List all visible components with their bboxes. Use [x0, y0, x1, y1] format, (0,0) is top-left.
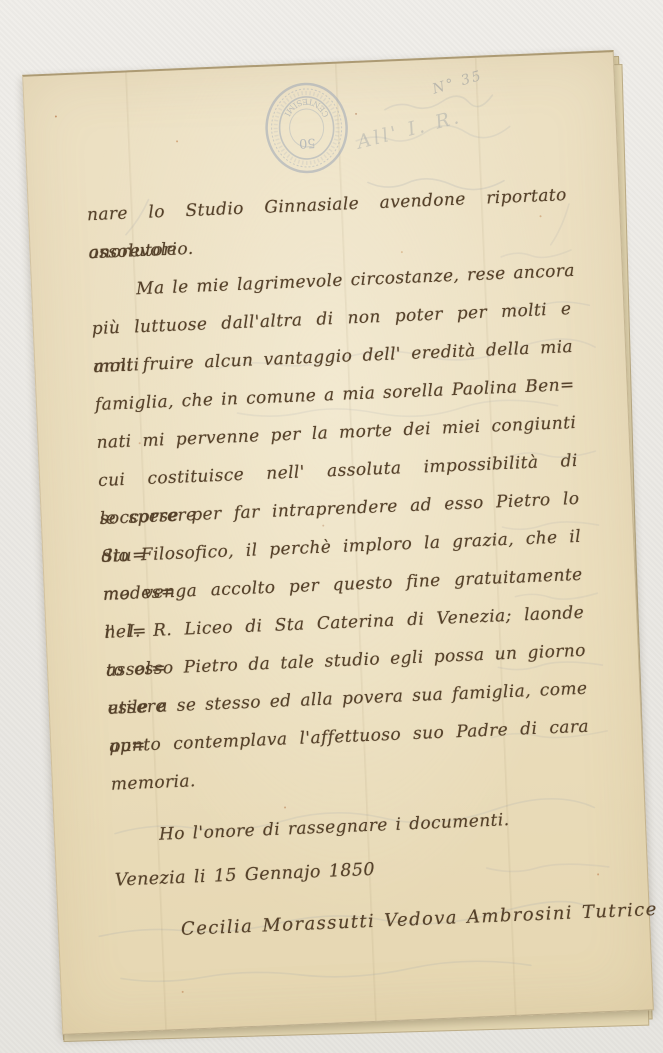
embossed-stamp-icon: 50 CENTESIMI	[262, 79, 352, 177]
stamp-value: 50	[299, 135, 316, 151]
scanner-background: 50 CENTESIMI N° 35 All' I. R.	[0, 0, 663, 1053]
faint-heading-annotation: All' I. R.	[355, 106, 464, 154]
svg-text:CENTESIMI: CENTESIMI	[281, 96, 331, 121]
paper-specks	[55, 115, 57, 117]
signature-line: Cecilia Morassutti Vedova Ambrosini Tutr…	[180, 894, 597, 949]
letter-page: 50 CENTESIMI N° 35 All' I. R.	[22, 50, 654, 1035]
letter-body: nare lo Studio Ginnasiale avendone ripor…	[86, 176, 597, 951]
stamp-unit: CENTESIMI	[281, 96, 331, 121]
